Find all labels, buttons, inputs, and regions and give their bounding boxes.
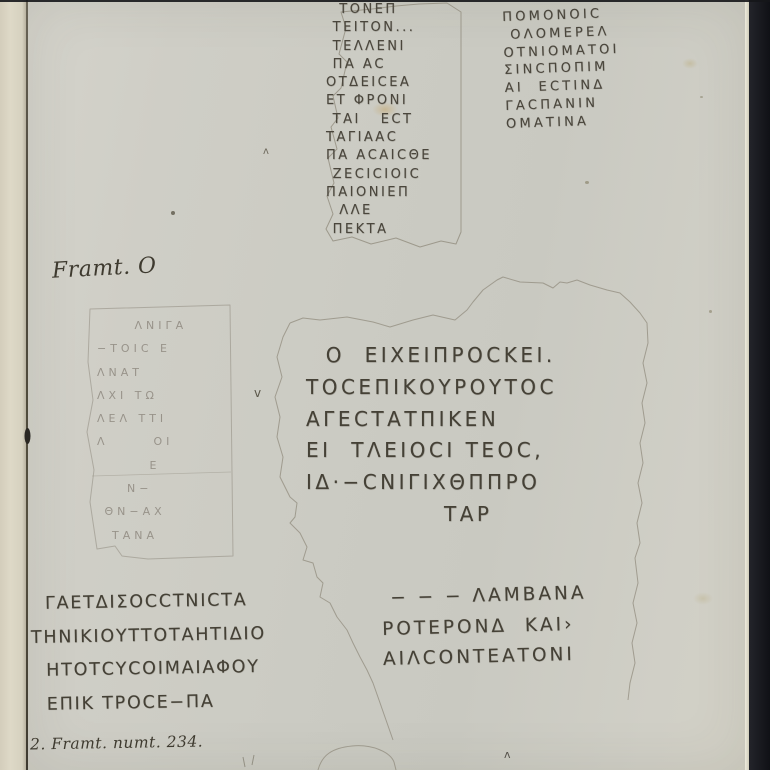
text-line: ΤΑΝΑ [97, 524, 187, 547]
text-line: ΤΑΙ ΕCΤ [326, 111, 432, 129]
text-line: ΕΙ ΤΛΕΙΟCΙ ΤΕΟC, [306, 435, 557, 467]
papyrus-column-lower-right: − − − ΛΑΜΒΑΝΑΡΟΤΕΡΟΝΔ ΚΑΙ›ΑΙΛCΟΝΤΕΑΤΟΝΙ [381, 579, 588, 676]
text-line: ΛΧΙ ΤΩ [97, 384, 187, 407]
text-line: Ο ΕΙΧΕΙΠΡΟCΚΕΙ. [306, 340, 557, 372]
text-line: ΛΛΕ [326, 202, 432, 220]
v-mark: v [254, 386, 261, 400]
papyrus-column-left-faint: ΛΝΙΓΑ−ΤΟΙC ΕΛΝΑΤΛΧΙ ΤΩΛΕΛ ΤΤΙΛ ΟΙ Ε Ν− Θ… [97, 314, 187, 547]
text-line: ΤΕΙΤΟΝ... [326, 19, 432, 37]
text-line: ΤΗΝΙΚΙΟΥΤΤΟΤΑΗΤΙΔΙΟ [31, 617, 267, 655]
text-line: ΤΕΛΛΕΝΙ [326, 38, 432, 56]
speckle [709, 310, 712, 313]
adjacent-page-edge [0, 0, 26, 770]
bottom-number-annotation: 2. Framt. numt. 234. [30, 732, 203, 753]
text-line: ΕΠΙΚ ΤΡΟCΕ−ΠΑ [32, 684, 268, 722]
text-line: ΙΔ·−CΝΙΓΙΧΘΠΠΡΟ [306, 467, 557, 499]
papyrus-column-bottom-left: ΓΑΕΤΔΙΣΟCCΤΝΙCΤΑΤΗΝΙΚΙΟΥΤΤΟΤΑΗΤΙΔΙΟ ΗΤΟΤ… [30, 584, 267, 722]
text-line: ΖΕCΙCΙΟΙC [326, 166, 432, 184]
text-line: Ε [97, 454, 187, 477]
text-line: ΟΤΔΕΙCΕΑ [326, 74, 432, 92]
text-line: ΓΑΕΤΔΙΣΟCCΤΝΙCΤΑ [30, 584, 266, 622]
caret-mark: ʌ [504, 748, 511, 761]
text-line: ΤΟΝΕΠ [326, 1, 432, 19]
text-line: ΤΑΡ [306, 499, 557, 531]
text-line: ΑΙΛCΟΝΤΕΑΤΟΝΙ [383, 640, 589, 676]
text-line: −ΤΟΙC Ε [97, 337, 187, 360]
text-line: ΑΓΕCΤΑΤΠΙΚΕΝ [306, 404, 557, 436]
text-line: ΠΑΙΟΝΙΕΠ [326, 184, 432, 202]
text-line: ΠΕΚΤΑ [326, 221, 432, 239]
text-line: ΛΕΛ ΤΤΙ [97, 407, 187, 430]
text-line: Λ ΟΙ [97, 430, 187, 453]
text-line: ΗΤΟΤCΥCΟΙΜΑΙΑΦΟΥ [31, 651, 267, 689]
speckle [171, 211, 175, 215]
caret-mark: ʌ [263, 146, 269, 157]
papyrus-column-top-right: ΠΟΜΟΝΟΙC ΟΛΟΜΕΡΕΛΟΤΝΙΟΜΑΤΟΙΣΙΝCΠΟΠΙΜΑΙ Ε… [502, 5, 622, 134]
text-line: ΠΑ ΑC [326, 56, 432, 74]
speckle [700, 96, 703, 98]
text-line: Ν− [97, 477, 187, 500]
text-line: ΕΤ ΦΡΟΝΙ [326, 92, 432, 110]
text-line: ΤΟCΕΠΙΚΟΥΡΟΥΤΟC [306, 372, 557, 404]
text-line: ΠΑ ΑCΑΙCΘΕ [326, 147, 432, 165]
papyrus-column-top-left: ΤΟΝΕΠ ΤΕΙΤΟΝ... ΤΕΛΛΕΝΙ ΠΑ ΑCΟΤΔΕΙCΕΑΕΤ … [326, 1, 432, 239]
text-line: ΛΝΙΓΑ [97, 314, 187, 337]
text-line: ΛΝΑΤ [97, 361, 187, 384]
papyrus-column-center: Ο ΕΙΧΕΙΠΡΟCΚΕΙ.ΤΟCΕΠΙΚΟΥΡΟΥΤΟCΑΓΕCΤΑΤΠΙΚ… [306, 340, 557, 531]
text-line: − − − ΛΑΜΒΑΝΑ [381, 579, 587, 615]
speckle [585, 181, 589, 184]
manuscript-scan: ΤΟΝΕΠ ΤΕΙΤΟΝ... ΤΕΛΛΕΝΙ ΠΑ ΑCΟΤΔΕΙCΕΑΕΤ … [0, 0, 770, 770]
text-line: ΘΝ−ΑΧ [97, 500, 187, 523]
text-line: ΤΑΓΙΑΑC [326, 129, 432, 147]
scanner-backdrop [749, 0, 770, 770]
